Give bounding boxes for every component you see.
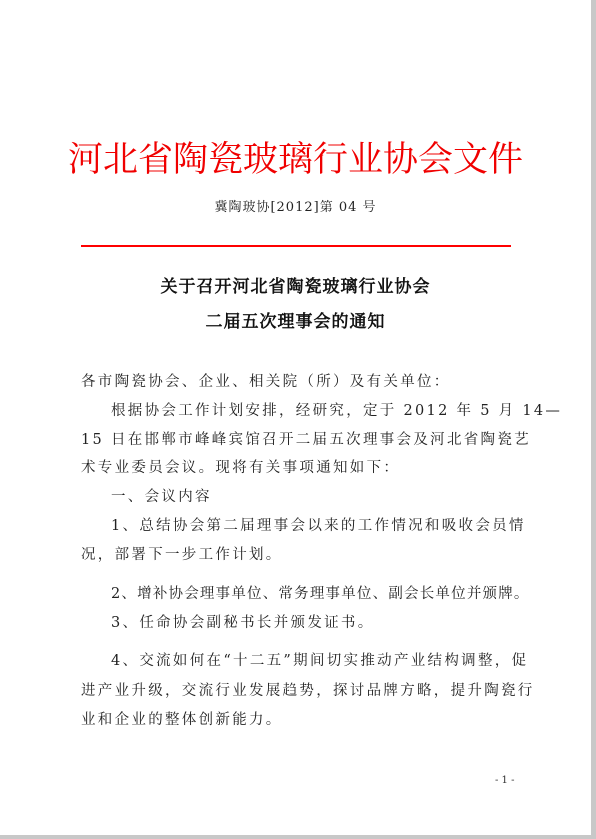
list-item-line: 3、任命协会副秘书长并颁发证书。 xyxy=(111,613,513,633)
document-number: 冀陶玻协[2012]第 04 号 xyxy=(0,199,591,217)
document-header-title: 河北省陶瓷玻璃行业协会文件 xyxy=(0,138,591,182)
list-item-line: 4、交流如何在“十二五”期间切实推动产业结构调整，促 xyxy=(111,651,513,671)
salutation: 各市陶瓷协会、企业、相关院（所）及有关单位： xyxy=(81,372,513,392)
notice-title-line-1: 关于召开河北省陶瓷玻璃行业协会 xyxy=(0,276,591,298)
list-item-line: 业和企业的整体创新能力。 xyxy=(81,710,513,730)
notice-title-line-2: 二届五次理事会的通知 xyxy=(0,311,591,333)
paragraph-line: 根据协会工作计划安排，经研究，定于 2012 年 5 月 14— xyxy=(111,401,513,421)
paragraph-line: 术专业委员会议。现将有关事项通知如下： xyxy=(81,458,513,478)
list-item-line: 2、增补协会理事单位、常务理事单位、副会长单位并颁牌。 xyxy=(111,584,513,604)
page-number: - 1 - xyxy=(495,775,514,787)
paragraph-line: 15 日在邯郸市峰峰宾馆召开二届五次理事会及河北省陶瓷艺 xyxy=(81,430,513,450)
list-item-line: 进产业升级，交流行业发展趋势，探讨品牌方略，提升陶瓷行 xyxy=(81,681,513,701)
section-heading: 一、会议内容 xyxy=(111,487,513,507)
document-page: 河北省陶瓷玻璃行业协会文件 冀陶玻协[2012]第 04 号 关于召开河北省陶瓷… xyxy=(0,0,591,835)
list-item-line: 况，部署下一步工作计划。 xyxy=(81,545,513,565)
red-divider-line xyxy=(81,245,511,247)
list-item-line: 1、总结协会第二届理事会以来的工作情况和吸收会员情 xyxy=(111,516,513,536)
